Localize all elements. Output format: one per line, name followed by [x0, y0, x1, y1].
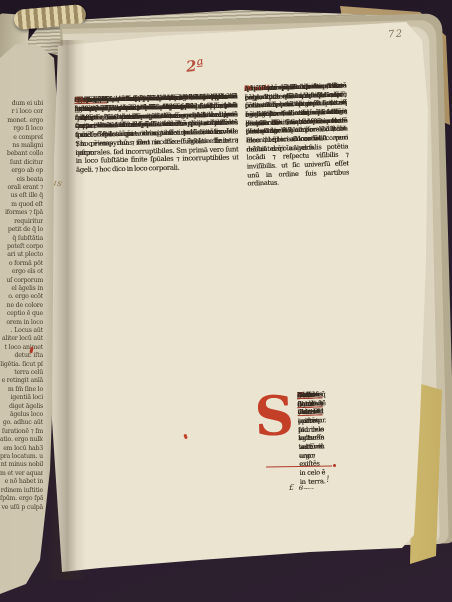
manuscript-page: 72 2ª Locus CItē omne locatū habet pōdus…	[0, 0, 452, 602]
text-column-right: ſolo corpore ē diſtantia hic ⁊ ibi. CQui…	[244, 81, 359, 490]
quire-heading: 2ª	[185, 56, 205, 76]
initial-S: S	[254, 393, 295, 438]
question2-paragraph: SCcūdo queritur Utrū unus āgelus ſimul ⁊…	[254, 389, 356, 392]
signature-mark: £ e	[289, 483, 304, 492]
folio-number: 72	[388, 28, 404, 40]
right-column-part1: ſolo corpore ē diſtantia hic ⁊ ibi. CQui…	[244, 81, 355, 388]
text-column-left: CItē omne locatū habet pōdus ⁊ inclinati…	[74, 92, 246, 494]
book-photo: dum ei ubir i loco cormonet. ergorgo ſi …	[0, 0, 452, 602]
facing-page-text-fragments: dum ei ubir i loco cormonet. ergorgo ſi …	[0, 100, 43, 512]
text-block: CItē omne locatū habet pōdus ⁊ inclinati…	[74, 80, 363, 500]
red-ink-dot	[333, 464, 336, 467]
